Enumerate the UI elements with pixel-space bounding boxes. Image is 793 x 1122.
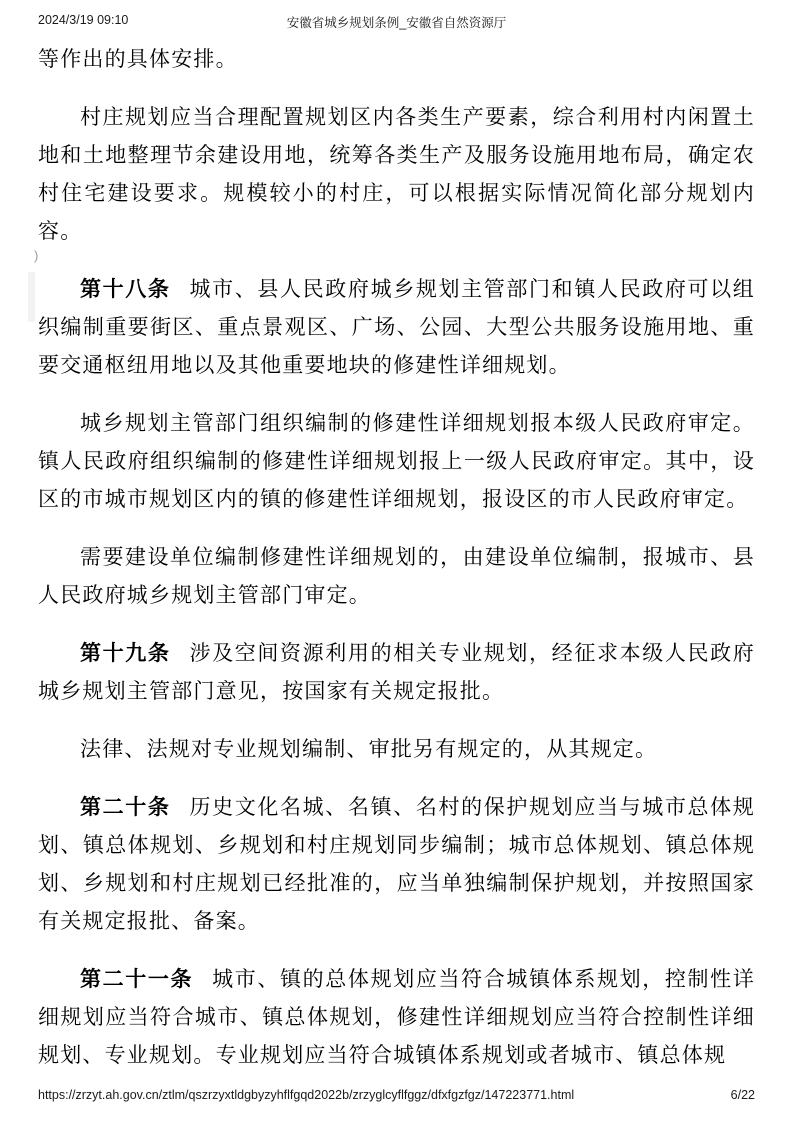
article-number: 第二十一条 bbox=[80, 967, 193, 991]
paragraph: 第二十条历史文化名城、名镇、名村的保护规划应当与城市总体规划、镇总体规划、乡规划… bbox=[38, 788, 755, 940]
article-number: 第二十条 bbox=[80, 795, 171, 819]
footer-url: https://zrzyt.ah.gov.cn/ztlm/qszrzyxtldg… bbox=[38, 1088, 574, 1102]
paragraph-text: 需要建设单位编制修建性详细规划的，由建设单位编制，报城市、县人民政府城乡规划主管… bbox=[38, 545, 755, 607]
paragraph: 第十九条涉及空间资源利用的相关专业规划，经征求本级人民政府城乡规划主管部门意见，… bbox=[38, 634, 755, 710]
paragraph-text: 等作出的具体安排。 bbox=[38, 47, 238, 71]
paragraph-text: 城乡规划主管部门组织编制的修建性详细规划报本级人民政府审定。镇人民政府组织编制的… bbox=[38, 411, 755, 511]
page-number: 6/22 bbox=[731, 1088, 755, 1102]
document-page: 2024/3/19 09:10 安徽省城乡规划条例_安徽省自然资源厅 ) 等作出… bbox=[0, 0, 793, 1122]
margin-artifact-smudge bbox=[28, 272, 35, 322]
paragraph: 第十八条城市、县人民政府城乡规划主管部门和镇人民政府可以组织编制重要街区、重点景… bbox=[38, 270, 755, 384]
paragraph-text: 法律、法规对专业规划编制、审批另有规定的，从其规定。 bbox=[80, 737, 657, 761]
paragraph: 城乡规划主管部门组织编制的修建性详细规划报本级人民政府审定。镇人民政府组织编制的… bbox=[38, 404, 755, 518]
print-footer: https://zrzyt.ah.gov.cn/ztlm/qszrzyxtldg… bbox=[38, 1088, 755, 1102]
paragraph: 法律、法规对专业规划编制、审批另有规定的，从其规定。 bbox=[38, 730, 755, 768]
article-number: 第十八条 bbox=[80, 277, 171, 301]
paragraph: 第二十一条城市、镇的总体规划应当符合城镇体系规划，控制性详细规划应当符合城市、镇… bbox=[38, 960, 755, 1074]
article-number: 第十九条 bbox=[80, 641, 171, 665]
header-title: 安徽省城乡规划条例_安徽省自然资源厅 bbox=[38, 13, 755, 31]
paragraph: 需要建设单位编制修建性详细规划的，由建设单位编制，报城市、县人民政府城乡规划主管… bbox=[38, 538, 755, 614]
paragraph: 等作出的具体安排。 bbox=[38, 40, 755, 78]
paragraph-text: 村庄规划应当合理配置规划区内各类生产要素，综合利用村内闲置土地和土地整理节余建设… bbox=[38, 105, 755, 243]
paragraph: 村庄规划应当合理配置规划区内各类生产要素，综合利用村内闲置土地和土地整理节余建设… bbox=[38, 98, 755, 250]
document-text: 等作出的具体安排。 村庄规划应当合理配置规划区内各类生产要素，综合利用村内闲置土… bbox=[38, 40, 755, 1094]
print-header: 2024/3/19 09:10 安徽省城乡规划条例_安徽省自然资源厅 bbox=[38, 13, 755, 31]
